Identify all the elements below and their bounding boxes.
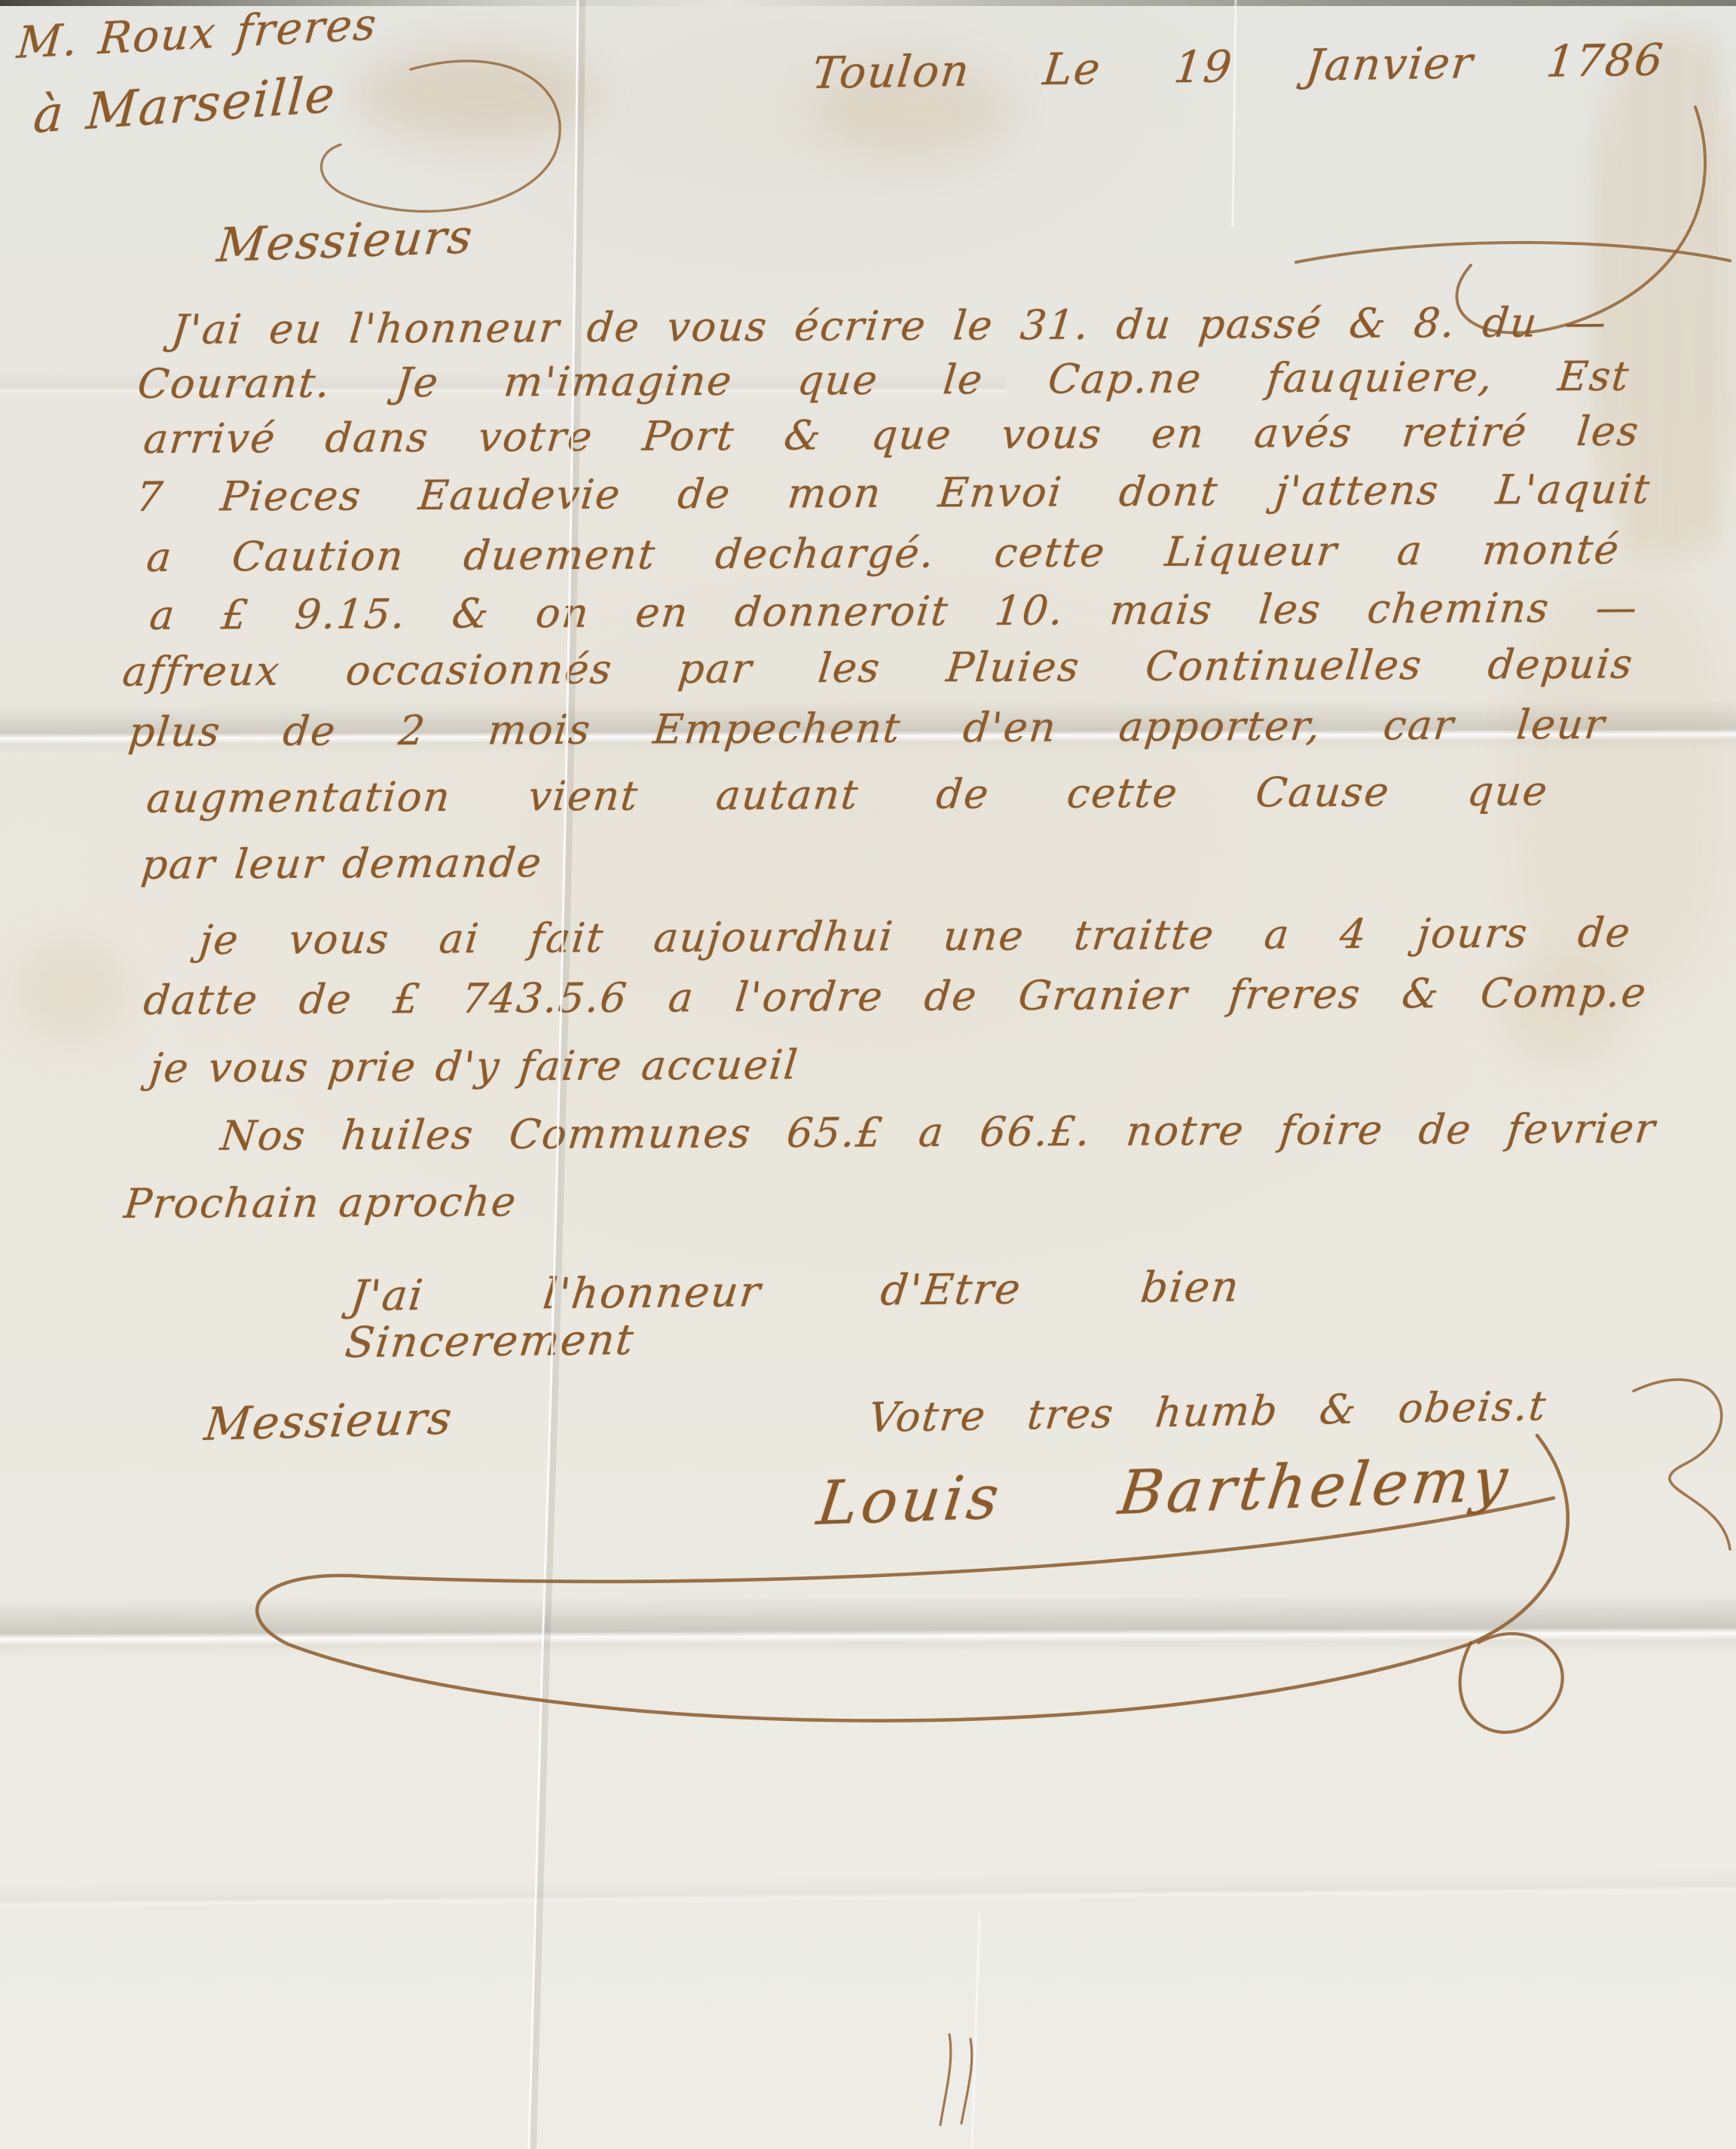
body-line-1: J'ai eu l'honneur de vous écrire le 31. … — [170, 300, 1609, 352]
horizontal-fold-lower — [0, 1593, 1736, 1656]
closing-line: J'ai l'honneur d'Etre bien Sincerement — [343, 1264, 1242, 1366]
addressee-line-2: à Marseille — [32, 67, 338, 143]
vertical-fold-bottom-center — [972, 1914, 980, 2149]
body-line-13: je vous prie d'y faire accueil — [148, 1042, 801, 1090]
bottom-ink-mark-1 — [940, 2034, 951, 2125]
dateline: Toulon Le 19 Janvier 1786 — [810, 36, 1667, 98]
body-line-2: Courant. Je m'imagine que le Cap.ne fauq… — [136, 354, 1632, 407]
body-line-8: plus de 2 mois Empechent d'en apporter, … — [127, 702, 1608, 755]
body-line-9: augmentation vient autant de cette Cause… — [145, 769, 1551, 821]
horizontal-fold-bottom-faint — [0, 1869, 1736, 1915]
bottom-ink-mark-2 — [961, 2039, 972, 2123]
body-line-3: arrivé dans votre Port & que vous en avé… — [142, 409, 1642, 462]
body-line-5: a Caution duement dechargé. cette Liqueu… — [145, 527, 1622, 580]
body-line-6: a £ 9.15. & on en donneroit 10. mais les… — [148, 585, 1640, 638]
body-line-11: je vous ai fait aujourdhui une traitte a… — [197, 910, 1634, 962]
vertical-fold-top-right — [1233, 0, 1236, 226]
signature-flourish-loop — [1460, 1634, 1563, 1732]
salutation: Messieurs — [215, 211, 476, 271]
body-line-12: datte de £ 743.5.6 a l'ordre de Granier … — [142, 971, 1649, 1023]
body-line-14: Nos huiles Communes 65.£ a 66.£. notre f… — [219, 1106, 1658, 1158]
valediction: Votre tres humb & obeis.t — [866, 1383, 1549, 1440]
letter-page: M. Roux freres à Marseille Toulon Le 19 … — [0, 0, 1736, 2149]
body-line-4: 7 Pieces Eaudevie de mon Envoi dont j'at… — [134, 466, 1653, 519]
body-line-15: Prochain aproche — [122, 1179, 519, 1226]
body-line-10: par leur demande — [139, 840, 545, 887]
closing-salutation: Messieurs — [202, 1393, 456, 1450]
addressee-line-1: M. Roux freres — [15, 1, 380, 68]
addressee-flourish — [321, 61, 560, 211]
stain-left-middle — [15, 942, 128, 1040]
signature: Louis Barthelemy — [814, 1446, 1514, 1537]
body-line-7: affreux occasionnés par les Pluies Conti… — [121, 641, 1636, 694]
date-flourish-cross — [1296, 243, 1730, 262]
stain-top-center — [354, 45, 595, 143]
valediction-flourish — [1634, 1380, 1730, 1549]
